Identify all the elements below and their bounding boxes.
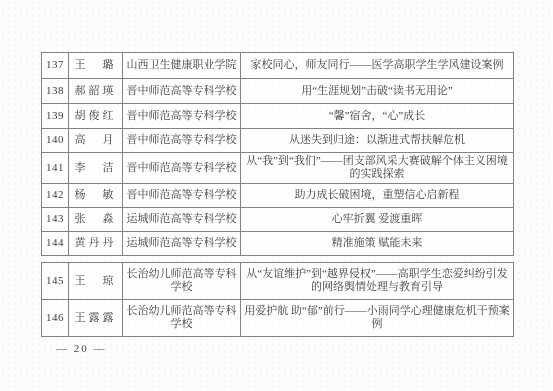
row-number-cell: 137	[42, 53, 69, 79]
row-number-cell: 145	[42, 263, 69, 300]
name-cell: 李 洁	[69, 153, 123, 184]
case-title-cell: 用爱护航 助“郁”前行——小雨同学心理健康危机干预案例	[241, 300, 514, 337]
school-cell: 长治幼儿师范高等专科学校	[123, 263, 241, 300]
table-row: 144 黄丹丹 运城师范高等专科学校 精准施策 赋能未来	[42, 232, 514, 256]
case-title-cell: 心牢折翼 爱渡重晖	[241, 208, 514, 232]
case-title-cell: 用“生涯规划”击破“读书无用论”	[241, 79, 514, 104]
name-cell: 高 月	[69, 129, 123, 153]
table-row: 142 杨 敏 晋中师范高等专科学校 助力成长破困境，重塑信心启新程	[42, 184, 514, 208]
school-cell: 晋中师范高等专科学校	[123, 104, 241, 129]
award-list-table-upper: 137 王 璐 山西卫生健康职业学院 家校同心，师友同行——医学高职学生学风建设…	[41, 52, 514, 256]
table-row: 137 王 璐 山西卫生健康职业学院 家校同心，师友同行——医学高职学生学风建设…	[42, 53, 514, 79]
page-number: — 20 —	[56, 343, 107, 355]
row-number-cell: 138	[42, 79, 69, 104]
award-list-table-lower: 145 王 琼 长治幼儿师范高等专科学校 从“友谊维护”到“越界侵权”——高职学…	[41, 262, 514, 337]
scanned-document-page: 137 王 璐 山西卫生健康职业学院 家校同心，师友同行——医学高职学生学风建设…	[0, 0, 553, 391]
table-row: 139 胡俊红 晋中师范高等专科学校 “馨”宿舍，“心”成长	[42, 104, 514, 129]
case-title-cell: 助力成长破困境，重塑信心启新程	[241, 184, 514, 208]
row-number-cell: 143	[42, 208, 69, 232]
case-title-cell: 精准施策 赋能未来	[241, 232, 514, 256]
school-cell: 晋中师范高等专科学校	[123, 79, 241, 104]
table-row: 141 李 洁 晋中师范高等专科学校 从“我”到“我们”——团支部风采大赛破解个…	[42, 153, 514, 184]
name-cell: 杨 敏	[69, 184, 123, 208]
school-cell: 运城师范高等专科学校	[123, 208, 241, 232]
school-cell: 晋中师范高等专科学校	[123, 153, 241, 184]
name-cell: 胡俊红	[69, 104, 123, 129]
row-number-cell: 139	[42, 104, 69, 129]
school-cell: 运城师范高等专科学校	[123, 232, 241, 256]
case-title-cell: 从迷失到归途：以渐进式帮扶解危机	[241, 129, 514, 153]
table-row: 138 郝韶瑛 晋中师范高等专科学校 用“生涯规划”击破“读书无用论”	[42, 79, 514, 104]
case-title-cell: 家校同心，师友同行——医学高职学生学风建设案例	[241, 53, 514, 79]
row-number-cell: 141	[42, 153, 69, 184]
case-title-cell: 从“我”到“我们”——团支部风采大赛破解个体主义困境的实践探索	[241, 153, 514, 184]
school-cell: 长治幼儿师范高等专科学校	[123, 300, 241, 337]
name-cell: 郝韶瑛	[69, 79, 123, 104]
row-number-cell: 144	[42, 232, 69, 256]
row-number-cell: 146	[42, 300, 69, 337]
case-title-cell: “馨”宿舍，“心”成长	[241, 104, 514, 129]
row-number-cell: 140	[42, 129, 69, 153]
name-cell: 张 淼	[69, 208, 123, 232]
table-row: 145 王 琼 长治幼儿师范高等专科学校 从“友谊维护”到“越界侵权”——高职学…	[42, 263, 514, 300]
name-cell: 王 琼	[69, 263, 123, 300]
school-cell: 晋中师范高等专科学校	[123, 184, 241, 208]
school-cell: 晋中师范高等专科学校	[123, 129, 241, 153]
row-number-cell: 142	[42, 184, 69, 208]
name-cell: 黄丹丹	[69, 232, 123, 256]
school-cell: 山西卫生健康职业学院	[123, 53, 241, 79]
table-row: 143 张 淼 运城师范高等专科学校 心牢折翼 爱渡重晖	[42, 208, 514, 232]
table-row: 146 王露露 长治幼儿师范高等专科学校 用爱护航 助“郁”前行——小雨同学心理…	[42, 300, 514, 337]
name-cell: 王露露	[69, 300, 123, 337]
case-title-cell: 从“友谊维护”到“越界侵权”——高职学生恋爱纠纷引发的网络舆情处理与教育引导	[241, 263, 514, 300]
name-cell: 王 璐	[69, 53, 123, 79]
table-row: 140 高 月 晋中师范高等专科学校 从迷失到归途：以渐进式帮扶解危机	[42, 129, 514, 153]
